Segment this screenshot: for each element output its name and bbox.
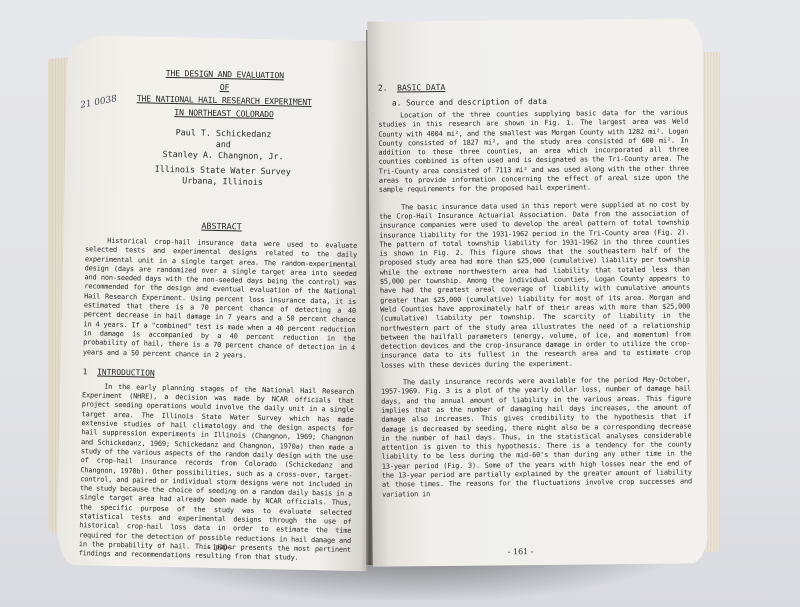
abstract-heading: ABSTRACT	[86, 218, 358, 234]
introduction-heading: 1 INTRODUCTION	[82, 367, 354, 382]
section-number: 2.	[378, 84, 388, 93]
paragraph: Location of the three counties supplying…	[378, 108, 689, 195]
paragraph: The basic insurance data used in this re…	[379, 200, 691, 371]
right-page-content: 2. BASIC DATA a. Source and description …	[378, 70, 693, 507]
basic-data-heading: 2. BASIC DATA	[378, 80, 688, 92]
basic-data-body: Location of the three counties supplying…	[378, 108, 692, 499]
page-number-right: - 161 -	[508, 547, 534, 556]
right-page: 2. BASIC DATA a. Source and description …	[367, 18, 708, 566]
page-number-left: - 160 -	[207, 543, 233, 553]
section-number: 1	[82, 367, 87, 376]
left-page-content: 21 0038 THE DESIGN AND EVALUATION OF THE…	[78, 65, 360, 571]
introduction-body: In the early planning stages of the Nati…	[79, 382, 355, 564]
section-title: BASIC DATA	[397, 83, 445, 93]
section-title: INTRODUCTION	[97, 367, 155, 377]
subsection-heading: a. Source and description of data	[392, 95, 688, 107]
introduction-text: In the early planning stages of the Nati…	[79, 382, 355, 564]
abstract-text: Historical crop-hail insurance data were…	[83, 236, 357, 363]
left-page: 21 0038 THE DESIGN AND EVALUATION OF THE…	[56, 35, 377, 571]
paper-title: THE DESIGN AND EVALUATION OF THE NATIONA…	[88, 65, 361, 123]
abstract-body: Historical crop-hail insurance data were…	[83, 236, 357, 363]
paragraph: The daily insurance records were availab…	[381, 375, 692, 499]
